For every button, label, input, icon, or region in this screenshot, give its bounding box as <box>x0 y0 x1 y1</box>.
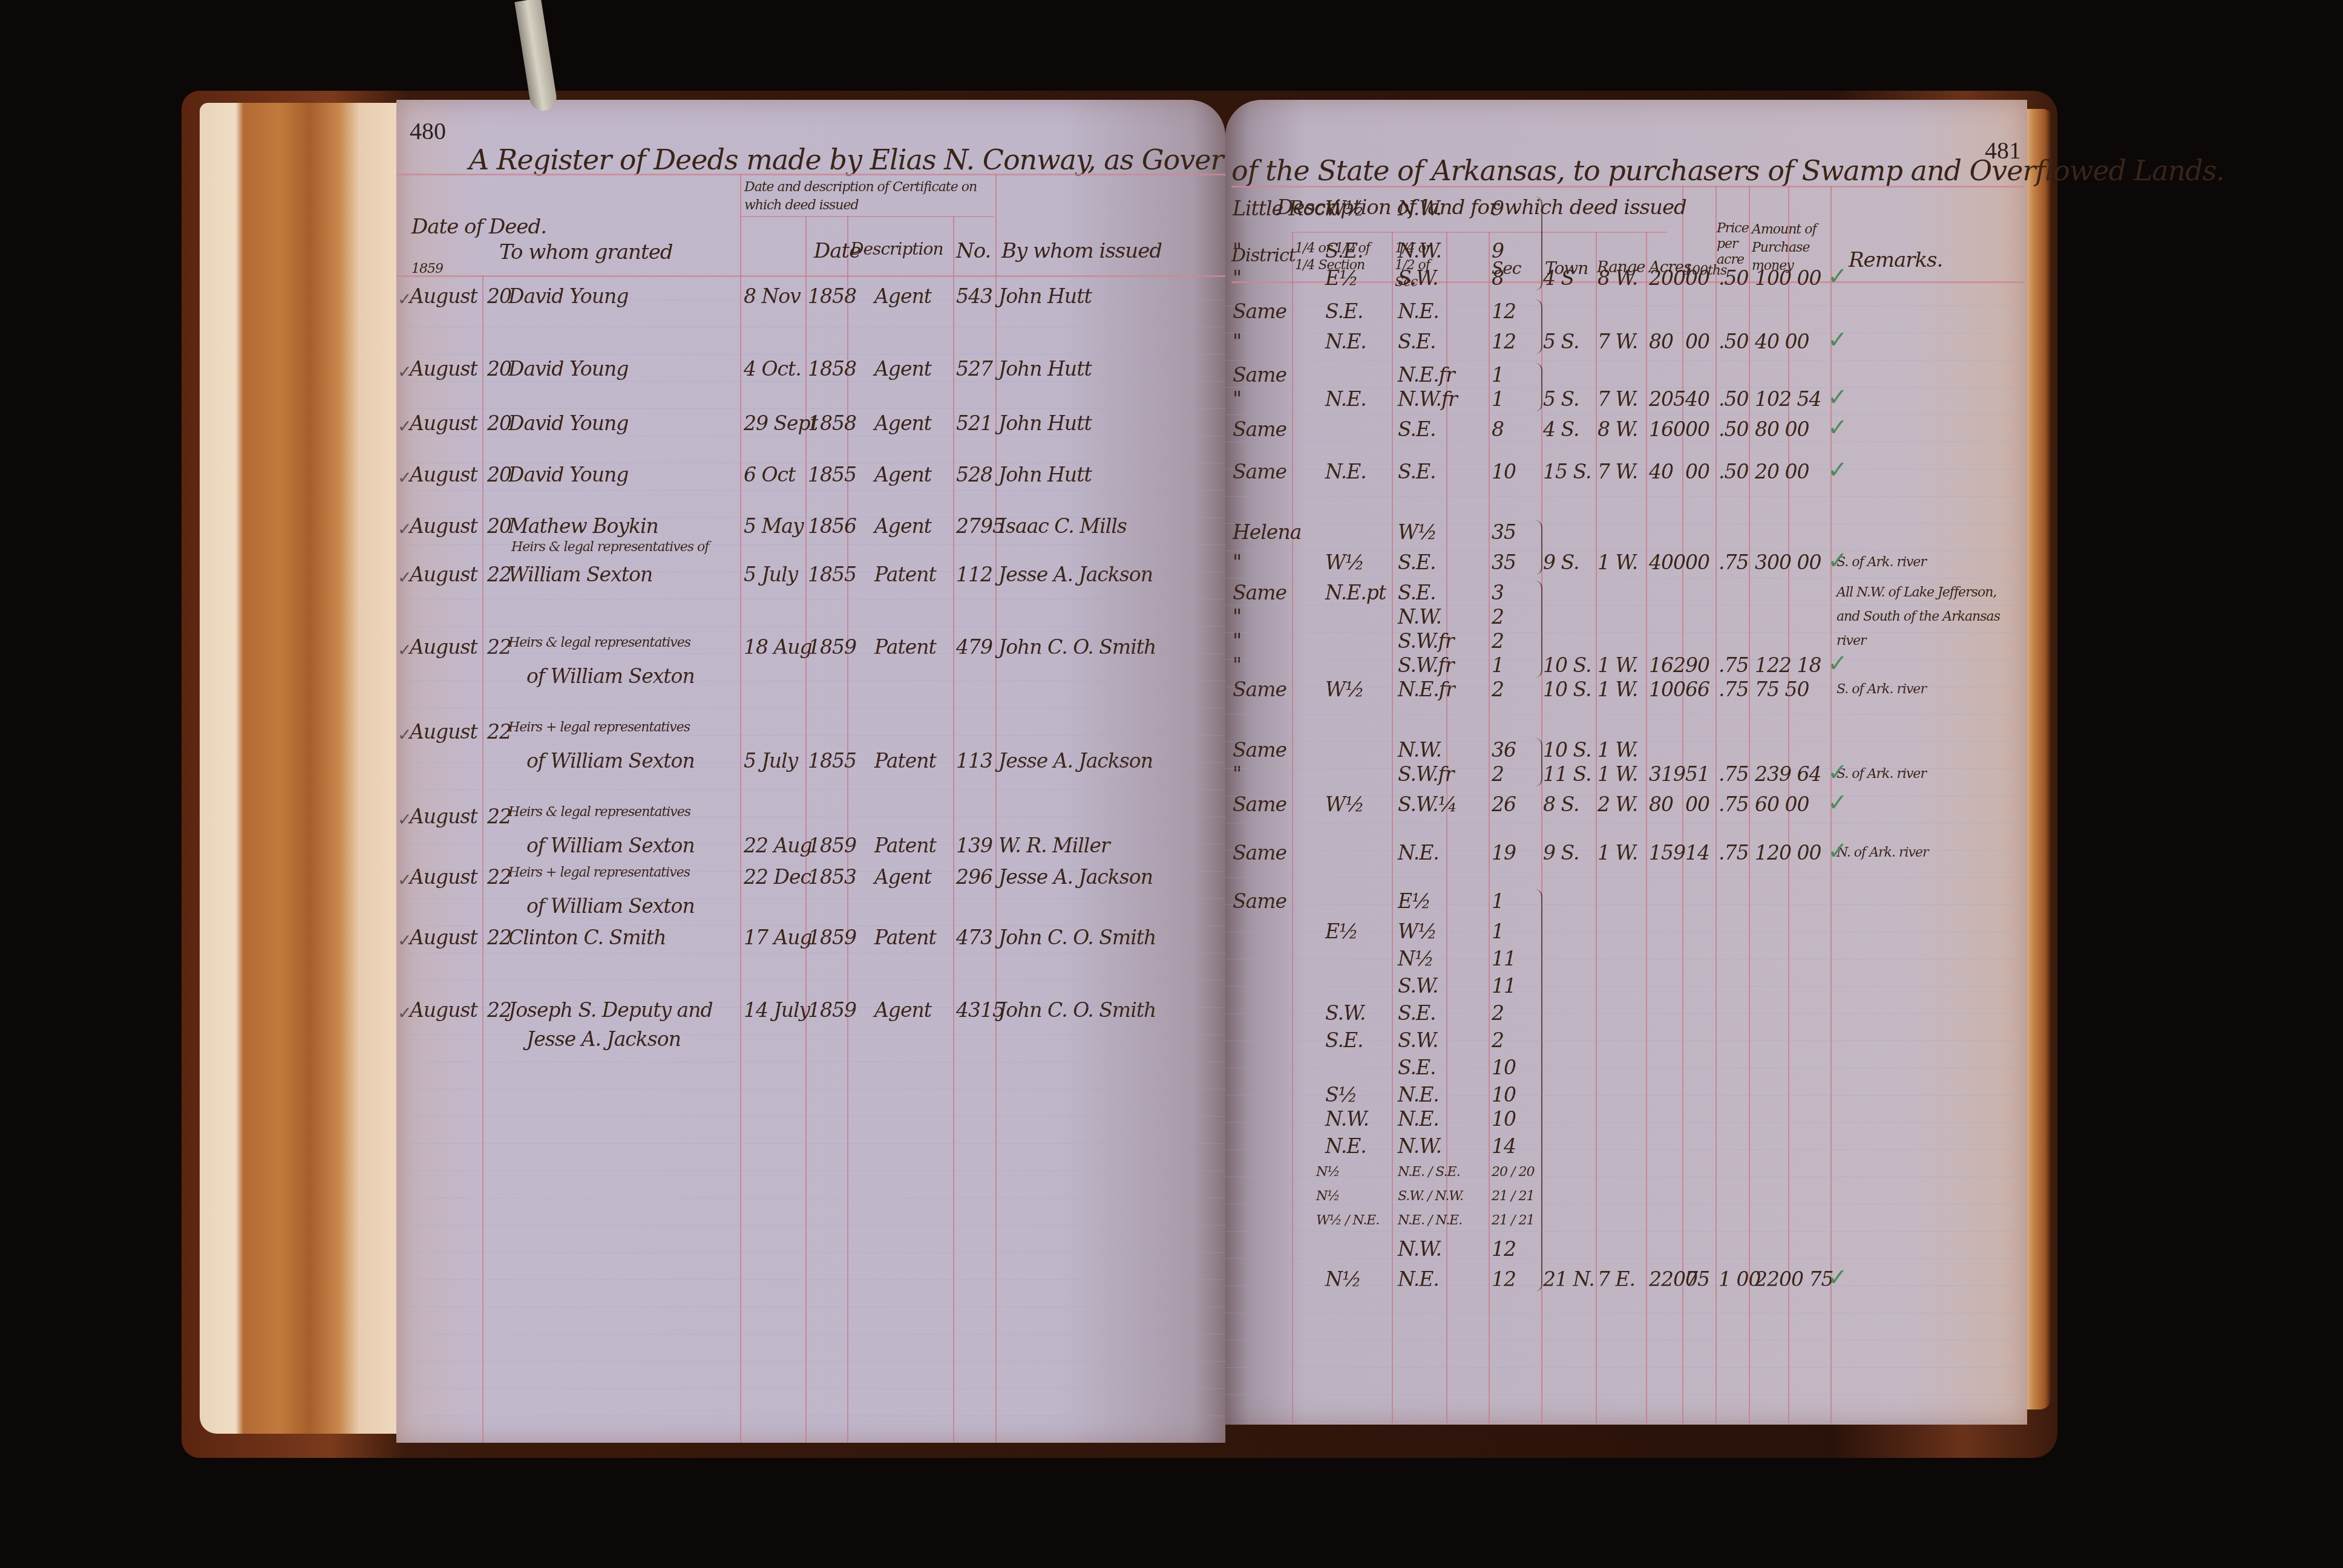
land-amount: 122 18 <box>1755 653 1821 677</box>
land-district: Same <box>1233 417 1286 441</box>
land-qs: N½ <box>1325 1267 1361 1291</box>
land-qsec: N.W. <box>1398 1134 1441 1158</box>
title-right: of the State of Arkansas, to purchasers … <box>1231 154 2224 187</box>
land-district: Same <box>1233 460 1286 483</box>
ruled-line <box>1225 1367 2027 1368</box>
entry-day: 20 <box>487 463 511 486</box>
land-qsec: N.W. <box>1398 197 1441 220</box>
land-district: Same <box>1233 678 1286 701</box>
land-amount: 20 00 <box>1755 460 1809 483</box>
land-acres: 162 <box>1649 653 1685 677</box>
land-sec: 2 <box>1492 762 1504 786</box>
checkmark-icon: ✓ <box>1827 414 1848 442</box>
col-rule <box>482 275 483 1443</box>
ruled-line <box>396 1171 1225 1171</box>
entry-issued-by: Jesse A. Jackson <box>998 749 1153 773</box>
ruled-line <box>396 1034 1225 1035</box>
land-town: 4 S <box>1543 266 1574 290</box>
col-rule <box>847 216 848 1443</box>
entry-month: August <box>410 635 477 659</box>
entry-month: August <box>410 284 477 308</box>
entry-issued-by: John Hutt <box>998 463 1092 486</box>
entry-day: 22 <box>487 563 511 586</box>
land-price: .50 <box>1719 266 1748 290</box>
land-qsec: N.E.fr <box>1398 363 1455 387</box>
land-qsec: S.W.fr <box>1398 762 1454 786</box>
land-amount: 102 54 <box>1755 387 1821 411</box>
entry-grantee: David Young <box>508 463 628 486</box>
entry-day: 22 <box>487 998 511 1022</box>
land-qs: W½ / N.E. <box>1316 1213 1379 1228</box>
ruled-line <box>396 626 1225 627</box>
entry-month: August <box>410 865 477 889</box>
land-sec: 12 <box>1492 1267 1516 1291</box>
col-rule <box>1596 232 1597 1423</box>
land-price: .75 <box>1719 678 1748 701</box>
checkmark-icon: ✓ <box>1827 759 1848 786</box>
checkmark-icon: ✓ <box>1827 326 1848 354</box>
land-qsec: S.E. <box>1398 550 1436 574</box>
land-sec: 8 <box>1492 417 1504 441</box>
land-district: Same <box>1233 363 1286 387</box>
ruled-line <box>396 327 1225 327</box>
ruled-line <box>396 817 1225 817</box>
land-amount: 75 50 <box>1755 678 1809 701</box>
entry-description: Patent <box>874 635 936 659</box>
land-acres: 400 <box>1649 550 1685 574</box>
col-rule <box>1646 232 1647 1423</box>
checkmark-icon: ✓ <box>1827 1264 1848 1292</box>
land-h: 00 <box>1685 417 1709 441</box>
entry-grantee-line2: of William Sexton <box>526 664 695 688</box>
entry-day: 20 <box>487 284 511 308</box>
entry-cert-year: 1855 <box>808 463 856 486</box>
land-h: 00 <box>1685 266 1709 290</box>
entry-cert-year: 1859 <box>808 635 856 659</box>
land-town: 11 S. <box>1543 762 1591 786</box>
land-qs: N.W. <box>1325 1107 1369 1131</box>
land-district: " <box>1233 239 1241 263</box>
ruled-line <box>396 762 1225 763</box>
ruled-line <box>396 572 1225 572</box>
entry-grantee-line2: of William Sexton <box>526 834 695 857</box>
entry-cert-year: 1859 <box>808 834 856 857</box>
cert-group-rule <box>740 216 994 217</box>
land-price: .75 <box>1719 550 1748 574</box>
land-range: 1 W. <box>1597 678 1637 701</box>
land-amount: 300 00 <box>1755 550 1821 574</box>
land-sec: 14 <box>1492 1134 1516 1158</box>
entry-day: 22 <box>487 635 511 659</box>
ruled-line <box>396 1334 1225 1334</box>
ruled-line <box>1225 1231 2027 1232</box>
ruled-line <box>396 1388 1225 1389</box>
entry-description: Agent <box>874 463 931 486</box>
entry-day: 20 <box>487 411 511 435</box>
header-certificate-group: Date and description of Certificate on w… <box>744 178 992 215</box>
bracket-group <box>1535 581 1542 678</box>
col-rule <box>1489 232 1490 1423</box>
land-qs: N.E. <box>1325 387 1366 411</box>
ruled-line <box>396 1198 1225 1198</box>
ruled-line <box>1225 768 2027 769</box>
land-sec: 8 <box>1492 266 1504 290</box>
ruled-line <box>1225 1149 2027 1150</box>
land-sec: 9 <box>1492 239 1504 263</box>
ruled-line <box>396 1361 1225 1362</box>
ruled-line <box>1225 523 2027 524</box>
header-year: 1859 <box>411 261 443 276</box>
land-remark: S. of Ark. river <box>1837 550 2018 575</box>
land-remark: S. of Ark. river <box>1837 762 2018 786</box>
land-town: 9 S. <box>1543 550 1579 574</box>
entry-cert-no: 527 <box>956 357 992 381</box>
ruled-line <box>1225 1340 2027 1341</box>
land-qsec: N.W. <box>1398 1237 1441 1261</box>
ruled-line <box>1225 632 2027 633</box>
land-qs: N.E. <box>1325 1134 1366 1158</box>
title-left: A Register of Deeds made by Elias N. Con… <box>469 143 1270 176</box>
entry-issued-by: John C. O. Smith <box>998 998 1156 1022</box>
land-qsec: N.E. / S.E. <box>1398 1165 1460 1180</box>
entry-issued-by: John Hutt <box>998 284 1092 308</box>
land-acres: 160 <box>1649 417 1685 441</box>
entry-day: 22 <box>487 926 511 949</box>
entry-cert-no: 139 <box>956 834 992 857</box>
ruled-line <box>1225 1177 2027 1177</box>
entry-cert-date: 8 Nov <box>744 284 801 308</box>
land-h: 14 <box>1685 841 1709 864</box>
entry-grantee: Heirs + legal representatives <box>508 720 690 735</box>
header-by-whom-issued: By whom issued <box>1001 239 1162 263</box>
checkmark-icon: ✓ <box>1827 789 1848 817</box>
land-qsec: N.W. <box>1398 605 1441 629</box>
land-sec: 12 <box>1492 1237 1516 1261</box>
land-district: Little Rock <box>1233 197 1337 220</box>
land-sec: 2 <box>1492 605 1504 629</box>
header-date-of: Date of Deed. <box>411 215 546 239</box>
land-sec: 10 <box>1492 1107 1516 1131</box>
land-qsec: N.E. / N.E. <box>1398 1213 1462 1228</box>
ruled-line <box>1225 986 2027 987</box>
entry-cert-no: 521 <box>956 411 992 435</box>
entry-cert-year: 1858 <box>808 411 856 435</box>
ruled-line <box>396 490 1225 491</box>
land-qsec: N.E. <box>1398 299 1439 323</box>
entry-grantee: Heirs & legal representatives <box>508 635 690 650</box>
land-h: 51 <box>1685 762 1709 786</box>
ruled-line <box>1225 305 2027 306</box>
header-rule-top <box>1231 186 2024 188</box>
land-range: 7 E. <box>1597 1267 1635 1291</box>
land-amount: 2200 75 <box>1755 1267 1833 1291</box>
land-qs: N.E. <box>1325 460 1366 483</box>
land-sec: 1 <box>1492 653 1504 677</box>
entry-cert-no: 4315 <box>956 998 1004 1022</box>
ruled-line <box>1225 360 2027 361</box>
ruled-line <box>396 844 1225 844</box>
entry-grantee: William Sexton <box>508 563 652 586</box>
land-price: .50 <box>1719 387 1748 411</box>
ruled-line <box>1225 414 2027 415</box>
ruled-line <box>1225 659 2027 660</box>
land-qsec: N.E. <box>1398 1107 1439 1131</box>
entry-grantee-line2: Jesse A. Jackson <box>526 1027 681 1051</box>
right-page: 481 of the State of Arkansas, to purchas… <box>1225 100 2027 1425</box>
entry-cert-year: 1858 <box>808 357 856 381</box>
land-range: 8 W. <box>1597 266 1637 290</box>
land-district: " <box>1233 550 1241 574</box>
ruled-line <box>1225 1285 2027 1286</box>
checkmark-icon: ✓ <box>1827 263 1848 290</box>
ruled-line <box>396 1279 1225 1280</box>
land-qs: S.E. <box>1325 239 1363 263</box>
land-amount: 80 00 <box>1755 417 1809 441</box>
ruled-line <box>396 789 1225 790</box>
entry-month: August <box>410 463 477 486</box>
ruled-line <box>1225 1204 2027 1204</box>
land-district: " <box>1233 387 1241 411</box>
entry-issued-by: Jesse A. Jackson <box>998 865 1153 889</box>
land-remark: S. of Ark. river <box>1837 678 2018 702</box>
entry-issued-by: Jesse A. Jackson <box>998 563 1153 586</box>
header-to-whom-granted: To whom granted <box>499 240 673 264</box>
entry-month: August <box>410 357 477 381</box>
land-price: .50 <box>1719 417 1748 441</box>
ruled-line <box>1225 932 2027 932</box>
entry-description: Agent <box>874 865 931 889</box>
entry-grantee: Joseph S. Deputy and <box>508 998 713 1022</box>
entry-day: 20 <box>487 357 511 381</box>
ruled-line <box>396 1307 1225 1307</box>
col-rule <box>1392 232 1393 1423</box>
land-range: 8 W. <box>1597 417 1637 441</box>
land-acres: 159 <box>1649 841 1685 864</box>
entry-cert-date: 18 Aug <box>744 635 812 659</box>
col-rule <box>1715 186 1717 1423</box>
entry-grantee-prefix: Heirs & legal representatives of <box>511 540 709 555</box>
left-page: 480 A Register of Deeds made by Elias N.… <box>396 100 1225 1443</box>
land-town: 5 S. <box>1543 387 1579 411</box>
ruled-line <box>396 1089 1225 1089</box>
entry-day: 22 <box>487 720 511 743</box>
entry-description: Agent <box>874 411 931 435</box>
entry-issued-by: John Hutt <box>998 411 1092 435</box>
ruled-line <box>396 299 1225 300</box>
ruled-line <box>1225 1122 2027 1123</box>
land-district: " <box>1233 762 1241 786</box>
entry-description: Patent <box>874 926 936 949</box>
land-acres: 205 <box>1649 387 1685 411</box>
ruled-line <box>1225 1394 2027 1395</box>
land-remark: All N.W. of Lake Jefferson, and South of… <box>1837 581 2018 653</box>
entry-cert-date: 4 Oct. <box>744 357 801 381</box>
ruled-line <box>396 681 1225 681</box>
entry-cert-year: 1858 <box>808 284 856 308</box>
entry-grantee: Clinton C. Smith <box>508 926 666 949</box>
land-price: .75 <box>1719 653 1748 677</box>
ruled-line <box>396 926 1225 926</box>
land-qsec: S.E. <box>1398 417 1436 441</box>
entry-cert-no: 296 <box>956 865 992 889</box>
col-rule <box>1682 186 1683 1423</box>
land-qsec: E½ <box>1398 889 1430 913</box>
land-qsec: N.E. <box>1398 841 1439 864</box>
ruled-line <box>396 1007 1225 1008</box>
entry-grantee: David Young <box>508 411 628 435</box>
land-acres: 319 <box>1649 762 1685 786</box>
page-edges-left <box>200 103 399 1434</box>
ruled-line <box>396 408 1225 409</box>
header-rule-bottom <box>396 275 1225 277</box>
land-acres: 40 <box>1649 460 1673 483</box>
land-range: 1 W. <box>1597 762 1637 786</box>
ruled-line <box>1225 469 2027 469</box>
entry-description: Patent <box>874 563 936 586</box>
land-district: " <box>1233 653 1241 677</box>
ruled-line <box>396 653 1225 654</box>
ruled-line <box>1225 823 2027 823</box>
land-range: 1 W. <box>1597 550 1637 574</box>
entry-cert-year: 1859 <box>808 926 856 949</box>
land-sec: 35 <box>1492 550 1516 574</box>
ruled-line <box>1225 578 2027 578</box>
land-price: .50 <box>1719 460 1748 483</box>
entry-month: August <box>410 563 477 586</box>
ruled-line <box>396 544 1225 545</box>
land-qsec: S.W.fr <box>1398 653 1454 677</box>
ruled-line <box>396 354 1225 354</box>
land-h: 90 <box>1685 653 1709 677</box>
land-range: 7 W. <box>1597 460 1637 483</box>
entry-grantee-line2: of William Sexton <box>526 894 695 918</box>
header-rule-top <box>396 174 1225 175</box>
land-qsec: S.W. <box>1398 266 1438 290</box>
land-qsec: N.W.fr <box>1398 387 1457 411</box>
land-qsec: N.W. <box>1398 239 1441 263</box>
entry-description: Agent <box>874 284 931 308</box>
checkmark-icon: ✓ <box>1827 837 1848 865</box>
entry-cert-date: 22 Aug <box>744 834 812 857</box>
land-sec: 10 <box>1492 460 1516 483</box>
land-sec: 1 <box>1492 889 1504 913</box>
entry-cert-no: 479 <box>956 635 992 659</box>
land-qsec: N.E. <box>1398 1267 1439 1291</box>
land-sec: 12 <box>1492 299 1516 323</box>
land-qsec: S.E. <box>1398 460 1436 483</box>
entry-cert-year: 1855 <box>808 749 856 773</box>
ruled-line <box>1225 850 2027 851</box>
land-price: .75 <box>1719 762 1748 786</box>
land-sec: 9 <box>1492 197 1504 220</box>
col-rule <box>953 216 954 1443</box>
land-qs: S.E. <box>1325 299 1363 323</box>
land-range: 7 W. <box>1597 387 1637 411</box>
land-qs: E½ <box>1325 266 1358 290</box>
land-district: Same <box>1233 889 1286 913</box>
land-qs: W½ <box>1325 197 1364 220</box>
land-group-rule <box>1292 232 1667 233</box>
header-remarks: Remarks. <box>1849 248 1942 272</box>
bracket-group <box>1535 299 1542 354</box>
land-sec: 21 / 21 <box>1492 1189 1534 1204</box>
land-sec: 3 <box>1492 581 1504 604</box>
ruled-line <box>1225 1013 2027 1014</box>
entry-cert-no: 528 <box>956 463 992 486</box>
land-district: Same <box>1233 299 1286 323</box>
ruled-line <box>1225 333 2027 333</box>
col-rule <box>1292 232 1293 1423</box>
land-h: 00 <box>1685 460 1709 483</box>
entry-grantee: David Young <box>508 357 628 381</box>
ruled-line <box>1225 714 2027 714</box>
entry-issued-by: W. R. Miller <box>998 834 1110 857</box>
land-h: 75 <box>1685 1267 1709 1291</box>
ruled-line <box>1225 1095 2027 1096</box>
ruled-line <box>396 1116 1225 1117</box>
header-price-per-acre: Price per acre <box>1717 221 1750 268</box>
entry-cert-no: 543 <box>956 284 992 308</box>
land-price: .75 <box>1719 841 1748 864</box>
ruled-line <box>1225 959 2027 959</box>
col-rule <box>1749 186 1750 1423</box>
ruled-line <box>396 463 1225 463</box>
ruled-line <box>396 980 1225 981</box>
ruled-line <box>1225 605 2027 606</box>
ruled-line <box>1225 387 2027 388</box>
entry-issued-by: John C. O. Smith <box>998 926 1156 949</box>
ruled-line <box>1225 442 2027 442</box>
land-town: 9 S. <box>1543 841 1579 864</box>
land-town: 21 N. <box>1543 1267 1594 1291</box>
land-sec: 1 <box>1492 363 1504 387</box>
ruled-line <box>1225 1040 2027 1041</box>
entry-month: August <box>410 998 477 1022</box>
entry-description: Agent <box>874 357 931 381</box>
land-amount: 239 64 <box>1755 762 1821 786</box>
header-description: Description <box>850 239 943 259</box>
entry-cert-date: 5 July <box>744 563 798 586</box>
land-amount: 120 00 <box>1755 841 1821 864</box>
land-qs: N.E.pt <box>1325 581 1386 604</box>
entry-cert-date: 17 Aug <box>744 926 812 949</box>
entry-grantee: David Young <box>508 284 628 308</box>
land-sec: 21 / 21 <box>1492 1213 1534 1228</box>
ruled-line <box>396 1062 1225 1062</box>
ruled-line <box>1225 687 2027 687</box>
ruled-line <box>396 517 1225 518</box>
entry-cert-date: 5 July <box>744 749 798 773</box>
entry-cert-year: 1859 <box>808 998 856 1022</box>
entry-cert-no: 473 <box>956 926 992 949</box>
entry-day: 22 <box>487 865 511 889</box>
ruled-line <box>396 953 1225 953</box>
land-range: 1 W. <box>1597 653 1637 677</box>
ruled-line <box>396 898 1225 899</box>
land-remark: N. of Ark. river <box>1837 841 2018 865</box>
entry-issued-by: John C. O. Smith <box>998 635 1156 659</box>
entry-month: August <box>410 411 477 435</box>
land-qs: W½ <box>1325 678 1364 701</box>
land-sec: 1 <box>1492 387 1504 411</box>
entry-month: August <box>410 926 477 949</box>
bracket-group <box>1535 520 1542 575</box>
land-acres: 100 <box>1649 678 1685 701</box>
land-town: 4 S. <box>1543 417 1579 441</box>
entry-grantee-line2: of William Sexton <box>526 749 695 773</box>
land-district: Same <box>1233 581 1286 604</box>
entry-issued-by: John Hutt <box>998 357 1092 381</box>
